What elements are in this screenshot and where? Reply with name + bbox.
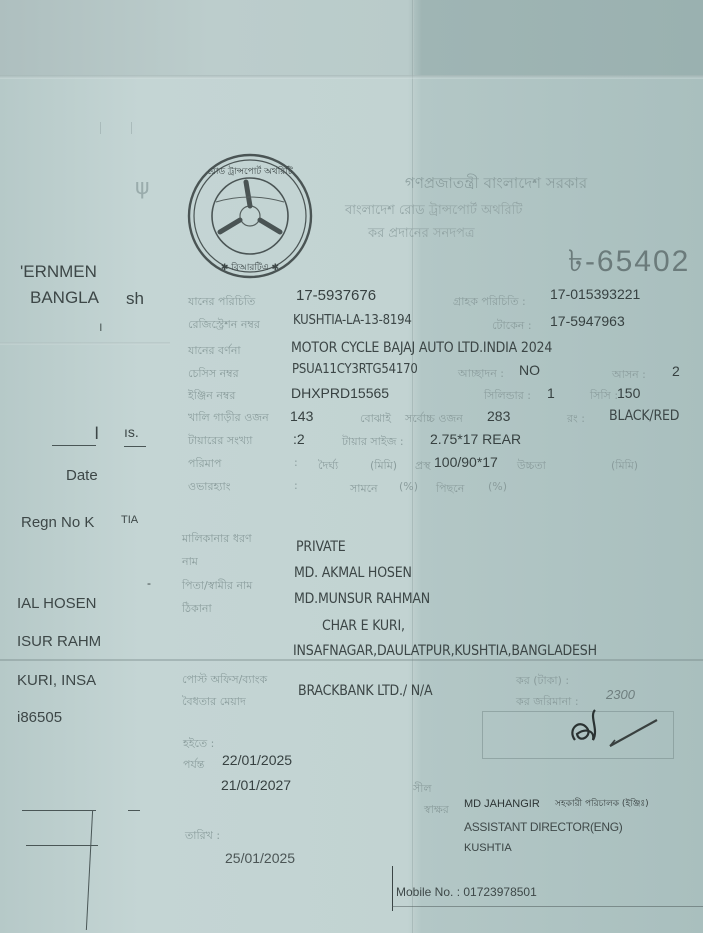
strip-father-name: ISUR RAHM bbox=[17, 633, 101, 650]
label-issue-date: তারিখ : bbox=[185, 827, 220, 846]
label-vehicle-description: যানের বর্ণনা bbox=[188, 342, 241, 361]
document-paper bbox=[0, 0, 703, 933]
value-customer-id: 17-015393221 bbox=[550, 286, 640, 302]
label-ownership-type: মালিকানার ধরণ bbox=[182, 530, 252, 549]
label-dimensions: পরিমাপ bbox=[188, 455, 221, 474]
strip-regn-label: Regn No K bbox=[21, 514, 94, 531]
value-cc: 150 bbox=[617, 385, 640, 401]
label-width: প্রস্থ bbox=[415, 457, 431, 476]
label-length: দৈর্ঘ্য bbox=[318, 457, 338, 476]
value-chassis-number: PSUA11CY3RTG54170 bbox=[292, 362, 418, 377]
strip-dash-2 bbox=[128, 810, 140, 811]
value-father-name: MD.MUNSUR RAHMAN bbox=[294, 591, 430, 607]
label-cylinders: সিলিন্ডার : bbox=[484, 387, 531, 406]
value-seats: 2 bbox=[672, 363, 680, 379]
value-address-line2: INSAFNAGAR,DAULATPUR,KUSHTIA,BANGLADESH bbox=[293, 643, 597, 659]
strip-date-label: Date bbox=[66, 467, 98, 484]
value-owner-name: MD. AKMAL HOSEN bbox=[294, 565, 412, 581]
strip-bangladesh: BANGLA bbox=[30, 288, 99, 308]
label-valid-from: হইতে : bbox=[183, 735, 214, 754]
value-registration-number: KUSHTIA-LA-13-8194 bbox=[293, 313, 412, 328]
strip-mark: । bbox=[98, 318, 103, 335]
label-signature: স্বাক্ষর bbox=[424, 801, 449, 820]
value-overhang-colon: : bbox=[294, 479, 298, 492]
value-tyre-size: 2.75*17 REAR bbox=[430, 431, 521, 447]
value-width: 100/90*17 bbox=[434, 454, 498, 470]
header-subtitle: কর প্রদানের সনদপত্র bbox=[368, 224, 475, 245]
strip-regn-tail: TIA bbox=[121, 514, 138, 526]
strip-underline bbox=[52, 445, 96, 446]
strip-government: 'ERNMEN bbox=[20, 262, 97, 282]
label-registration-number: রেজিস্ট্রেশন নম্বর bbox=[188, 316, 260, 335]
label-length-mm: (মিমি) bbox=[370, 457, 397, 476]
label-overhang: ওভারহ্যাং bbox=[188, 478, 230, 497]
value-gross-weight: 283 bbox=[487, 408, 510, 424]
label-cab: আচ্ছাদন : bbox=[458, 365, 504, 384]
value-address-line1: CHAR E KURI, bbox=[322, 618, 405, 634]
horizontal-fold bbox=[0, 75, 703, 79]
label-front: সামনে bbox=[350, 480, 378, 499]
value-unladen-weight: 143 bbox=[290, 408, 313, 424]
strip-mark-right: ıs. bbox=[124, 424, 139, 440]
label-validity: বৈধতার মেয়াদ bbox=[182, 693, 246, 712]
label-tax-amount: কর (টাকা) : bbox=[516, 672, 569, 691]
label-address: ঠিকানা bbox=[182, 600, 212, 619]
label-tyre-size: টায়ার সাইজ : bbox=[342, 433, 404, 452]
label-seal: সীল bbox=[413, 780, 432, 799]
label-rear: পিছনে bbox=[436, 480, 464, 499]
value-dimensions-colon: : bbox=[294, 456, 298, 469]
value-cylinders: 1 bbox=[547, 385, 555, 401]
label-height-mm: (মিমি) bbox=[611, 457, 638, 476]
value-engine-number: DHXPRD15565 bbox=[291, 385, 389, 401]
header-authority: বাংলাদেশ রোড ট্রান্সপোর্ট অথরিটি bbox=[345, 201, 522, 222]
left-strip-fold bbox=[0, 342, 170, 345]
label-chassis-number: চেসিস নম্বর bbox=[188, 365, 239, 384]
strip-fragment: sh bbox=[126, 289, 144, 309]
officer-office: KUSHTIA bbox=[464, 842, 512, 854]
mobile-number: Mobile No. : 01723978501 bbox=[396, 885, 537, 899]
label-token: টোকেন : bbox=[492, 317, 532, 336]
svg-text:রোড ট্রান্সপোর্ট অথরিটি: রোড ট্রান্সপোর্ট অথরিটি bbox=[207, 165, 294, 177]
label-rear-pct: (%) bbox=[488, 480, 507, 493]
bottom-rule bbox=[392, 906, 703, 907]
label-cc: সিসি : bbox=[590, 387, 618, 406]
label-valid-to: পর্যন্ত bbox=[183, 756, 204, 775]
label-height: উচ্চতা bbox=[517, 457, 546, 476]
label-customer-id: গ্রাহক পরিচিতি : bbox=[453, 293, 526, 312]
strip-rule-2 bbox=[26, 845, 98, 846]
officer-bengali-stamp: সহকারী পরিচালক (ইঞ্জিঃ) bbox=[555, 796, 649, 811]
brta-seal-icon: রোড ট্রান্সপোর্ট অথরিটি ✱ বিআরটিএ ✱ bbox=[186, 152, 314, 280]
value-color: BLACK/RED bbox=[609, 408, 679, 424]
label-color: রং : bbox=[567, 410, 585, 429]
label-load: বোঝাই bbox=[360, 410, 391, 429]
label-father-name: পিতা/স্বামীর নাম bbox=[182, 577, 252, 596]
label-tyre-count: টায়ারের সংখ্যা bbox=[188, 432, 252, 451]
officer-title: ASSISTANT DIRECTOR(ENG) bbox=[464, 820, 622, 834]
strip-number: i86505 bbox=[17, 709, 62, 726]
value-valid-to: 21/01/2027 bbox=[221, 777, 291, 793]
header-title: গণপ্রজাতন্ত্রী বাংলাদেশ সরকার bbox=[405, 172, 587, 197]
value-vehicle-description: MOTOR CYCLE BAJAJ AUTO LTD.INDIA 2024 bbox=[291, 340, 552, 356]
label-vehicle-id: যানের পরিচিতি bbox=[188, 293, 255, 312]
value-vehicle-id: 17-5937676 bbox=[296, 287, 376, 304]
strip-underline-right bbox=[124, 446, 146, 447]
faint-mark bbox=[100, 122, 132, 134]
bottom-fold bbox=[0, 659, 703, 661]
label-gross-weight: সর্বোচ্চ ওজন bbox=[405, 410, 463, 429]
value-ownership-type: PRIVATE bbox=[296, 539, 346, 555]
officer-name: MD JAHANGIR bbox=[464, 798, 540, 810]
label-owner-name: নাম bbox=[182, 553, 198, 572]
faint-glyph-icon: ψ bbox=[135, 175, 150, 200]
label-post-office: পোস্ট অফিস/ব্যাংক bbox=[182, 671, 267, 690]
value-cab: NO bbox=[519, 362, 540, 378]
label-front-pct: (%) bbox=[399, 480, 418, 493]
label-engine-number: ইঞ্জিন নম্বর bbox=[188, 387, 235, 406]
value-bank: BRACKBANK LTD./ N/A bbox=[298, 683, 432, 699]
mobile-divider bbox=[392, 866, 393, 911]
strip-dash: - bbox=[147, 576, 151, 590]
serial-number: ৳-65402 bbox=[568, 237, 690, 288]
signature-icon bbox=[565, 700, 665, 760]
value-valid-from: 22/01/2025 bbox=[222, 752, 292, 768]
strip-mark-2: । bbox=[92, 418, 100, 445]
value-tyre-count: :2 bbox=[293, 431, 305, 447]
strip-rule-1 bbox=[22, 810, 96, 811]
label-unladen-weight: খালি গাড়ীর ওজন bbox=[188, 409, 269, 428]
svg-text:✱ বিআরটিএ ✱: ✱ বিআরটিএ ✱ bbox=[221, 261, 279, 273]
value-issue-date: 25/01/2025 bbox=[225, 850, 295, 866]
document-top-flap bbox=[0, 0, 703, 75]
strip-owner-name: IAL HOSEN bbox=[17, 595, 96, 612]
label-seats: আসন : bbox=[612, 366, 646, 385]
value-token: 17-5947963 bbox=[550, 313, 625, 329]
strip-address: KURI, INSA bbox=[17, 672, 96, 689]
